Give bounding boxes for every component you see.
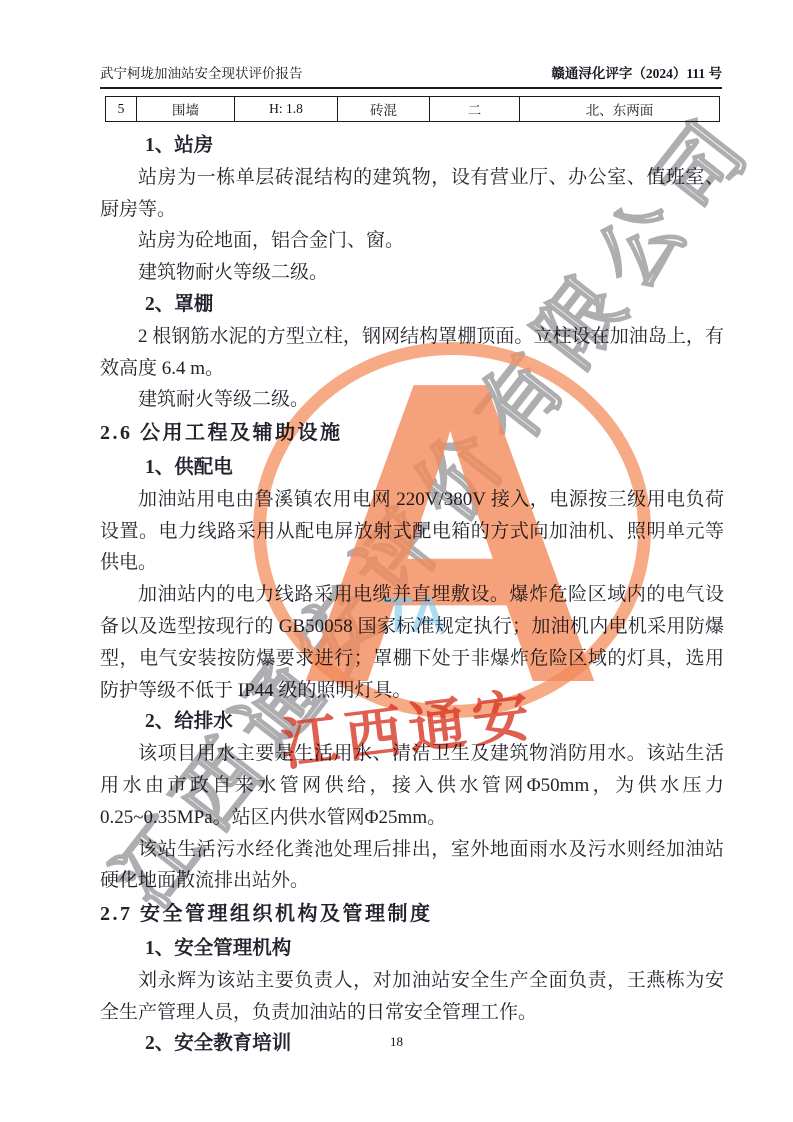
paragraph: 2 根钢筋水泥的方型立柱，钢网结构罩棚顶面。立柱设在加油岛上，有效高度 6.4 … <box>100 321 724 385</box>
paragraph: 该站生活污水经化粪池处理后排出，室外地面雨水及污水则经加油站硬化地面散流排出站外… <box>100 834 724 898</box>
spec-table: 5 围墙 H: 1.8 砖混 二 北、东两面 <box>105 96 720 122</box>
paragraph: 建筑耐火等级二级。 <box>100 384 724 416</box>
table-row: 5 围墙 H: 1.8 砖混 二 北、东两面 <box>106 97 720 122</box>
paragraph: 加油站用电由鲁溪镇农用电网 220V/380V 接入，电源按三级用电负荷设置。电… <box>100 484 724 579</box>
paragraph: 站房为一栋单层砖混结构的建筑物，设有营业厅、办公室、值班室、厨房等。 <box>100 162 724 226</box>
paragraph: 刘永辉为该站主要负责人，对加油站安全生产全面负责，王燕栋为安全生产管理人员，负责… <box>100 965 724 1029</box>
section-heading: 2.7 安全管理组织机构及管理制度 <box>100 899 724 931</box>
sub-heading: 1、站房 <box>145 130 724 162</box>
section-heading: 2.6 公用工程及辅助设施 <box>100 418 724 450</box>
header-title-left: 武宁柯垅加油站安全现状评价报告 <box>100 62 303 82</box>
table-cell-index: 5 <box>106 97 137 122</box>
table-cell-location: 北、东两面 <box>520 97 720 122</box>
document-page: 武宁柯垅加油站安全现状评价报告 赣通浔化评字（2024）111 号 5 围墙 H… <box>0 0 793 1122</box>
paragraph: 建筑物耐火等级二级。 <box>100 257 724 289</box>
paragraph: 站房为砼地面，铝合金门、窗。 <box>100 225 724 257</box>
header-rule <box>100 87 722 89</box>
table-cell-height: H: 1.8 <box>235 97 338 122</box>
paragraph: 该项目用水主要是生活用水、清洁卫生及建筑物消防用水。该站生活用水由市政自来水管网… <box>100 738 724 833</box>
paragraph: 加油站内的电力线路采用电缆并直埋敷设。爆炸危险区域内的电气设备以及选型按现行的 … <box>100 579 724 706</box>
sub-heading: 2、给排水 <box>145 706 724 738</box>
page-number: 18 <box>0 1034 793 1050</box>
document-body: 1、站房站房为一栋单层砖混结构的建筑物，设有营业厅、办公室、值班室、厨房等。站房… <box>100 130 724 1060</box>
sub-heading: 1、供配电 <box>145 452 724 484</box>
table-cell-structure: 砖混 <box>338 97 430 122</box>
sub-heading: 1、安全管理机构 <box>145 933 724 965</box>
sub-heading: 2、罩棚 <box>145 289 724 321</box>
table-cell-name: 围墙 <box>137 97 235 122</box>
table-cell-fire-rating: 二 <box>430 97 520 122</box>
header-doc-number: 赣通浔化评字（2024）111 号 <box>551 62 722 82</box>
page-header: 武宁柯垅加油站安全现状评价报告 赣通浔化评字（2024）111 号 <box>100 62 722 82</box>
